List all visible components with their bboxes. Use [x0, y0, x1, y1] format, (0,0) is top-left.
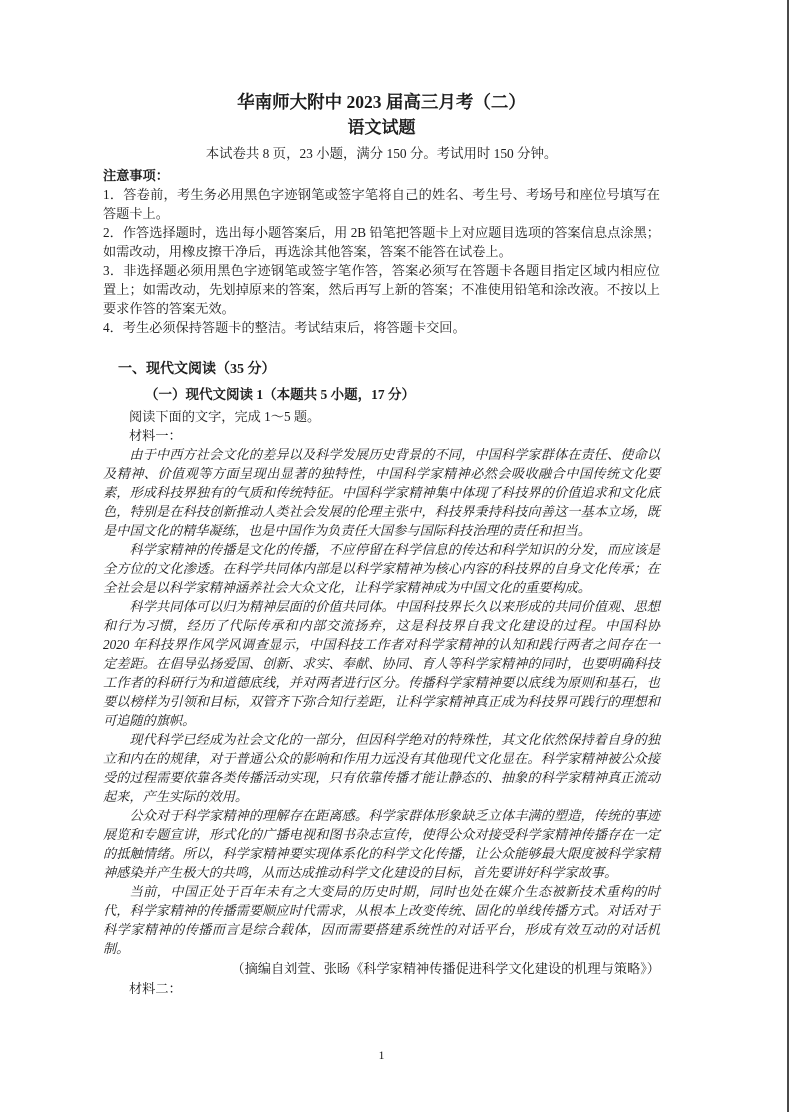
- material-2-label: 材料二：: [129, 979, 660, 998]
- subject-title: 语文试题: [103, 116, 660, 140]
- notice-item-2: 2．作答选择题时，选出每小题答案后，用 2B 铅笔把答题卡上对应题目选项的答案信…: [103, 223, 660, 261]
- material-1-body: 由于中西方社会文化的差异以及科学发展历史背景的不同，中国科学家群体在责任、使命以…: [103, 445, 660, 979]
- notice-item-4: 4．考生必须保持答题卡的整洁。考试结束后，将答题卡交回。: [103, 318, 660, 337]
- material-1-paragraph: 当前，中国正处于百年未有之大变局的历史时期，同时也处在媒介生态被新技术重构的时代…: [103, 882, 660, 958]
- exam-info-line: 本试卷共 8 页，23 小题，满分 150 分。考试用时 150 分钟。: [103, 144, 660, 164]
- scan-edge-line: [787, 0, 789, 1112]
- notice-item-1: 1．答卷前，考生务必用黑色字迹钢笔或签字笔将自己的姓名、考生号、考场号和座位号填…: [103, 185, 660, 223]
- material-1-paragraph: 由于中西方社会文化的差异以及科学发展历史背景的不同，中国科学家群体在责任、使命以…: [103, 445, 660, 540]
- material-1-paragraph: 科学共同体可以归为精神层面的价值共同体。中国科技界长久以来形成的共同价值观、思想…: [103, 597, 660, 730]
- notice-heading: 注意事项：: [103, 166, 660, 185]
- material-1-paragraph: 公众对于科学家精神的理解存在距离感。科学家群体形象缺乏立体丰满的塑造，传统的事迹…: [103, 806, 660, 882]
- material-1-attribution: （摘编自刘萱、张旸《科学家精神传播促进科学文化建设的机理与策略》）: [103, 959, 660, 979]
- section-subheading-reading-1: （一）现代文阅读 1（本题共 5 小题，17 分）: [145, 385, 660, 405]
- exam-title: 华南师大附中 2023 届高三月考（二）: [103, 90, 660, 114]
- page-content: 华南师大附中 2023 届高三月考（二） 语文试题 本试卷共 8 页，23 小题…: [103, 90, 660, 998]
- title-block: 华南师大附中 2023 届高三月考（二） 语文试题 本试卷共 8 页，23 小题…: [103, 90, 660, 164]
- exam-paper-page: { "header": { "title_line1": "华南师大附中 202…: [0, 0, 790, 1118]
- material-1-label: 材料一：: [129, 426, 660, 445]
- notice-item-3: 3．非选择题必须用黑色字迹钢笔或签字笔作答，答案必须写在答题卡各题目指定区域内相…: [103, 261, 660, 318]
- material-1-paragraph: 现代科学已经成为社会文化的一部分，但因科学绝对的特殊性，其文化依然保持着自身的独…: [103, 730, 660, 806]
- material-1-paragraph: 科学家精神的传播是文化的传播，不应停留在科学信息的传达和科学知识的分发，而应该是…: [103, 540, 660, 597]
- notice-section: 注意事项： 1．答卷前，考生务必用黑色字迹钢笔或签字笔将自己的姓名、考生号、考场…: [103, 166, 660, 337]
- page-number: 1: [103, 1048, 660, 1063]
- section-heading-modern-reading: 一、现代文阅读（35 分）: [118, 360, 660, 380]
- reading-instruction: 阅读下面的文字，完成 1～5 题。: [129, 407, 660, 426]
